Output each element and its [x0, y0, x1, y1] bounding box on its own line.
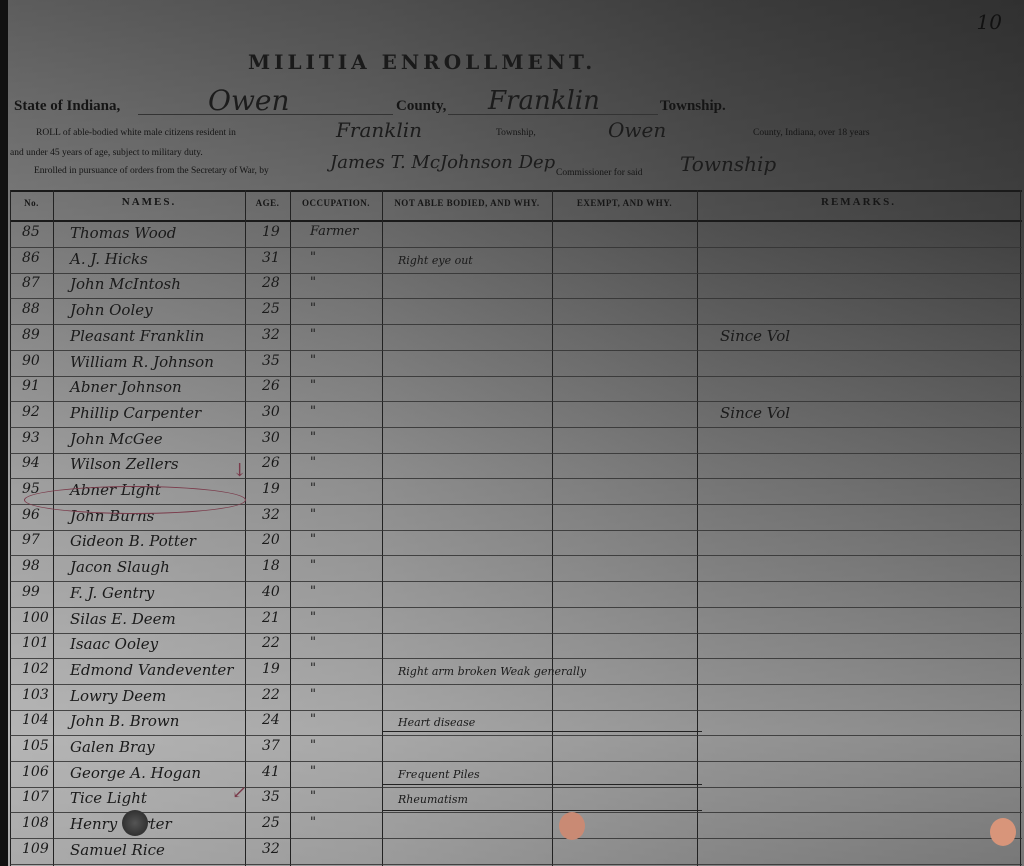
enrollee-occupation: " — [310, 430, 390, 445]
enrollee-name: John McGee — [70, 430, 255, 448]
enrollee-age: 24 — [262, 712, 298, 728]
enrollee-age: 40 — [262, 584, 298, 600]
arrow-annotation-icon: ↙ — [232, 782, 247, 803]
county-value: Owen — [208, 84, 290, 117]
enrollee-occupation: " — [310, 789, 390, 804]
enrollee-age: 35 — [262, 353, 298, 369]
row-number: 91 — [22, 378, 62, 394]
enrollee-occupation: " — [310, 610, 390, 625]
enrollee-age: 19 — [262, 224, 298, 240]
enrollee-occupation: " — [310, 815, 390, 830]
table-row: 109Samuel Rice32 — [10, 839, 1022, 865]
roll-county-label: County, Indiana, over 18 years — [753, 128, 870, 138]
row-number: 107 — [22, 789, 62, 805]
state-label: State of Indiana, — [14, 98, 120, 115]
enrollee-occupation: " — [310, 687, 390, 702]
enrollee-age: 32 — [262, 507, 298, 523]
township-label: Township. — [660, 98, 726, 115]
row-number: 87 — [22, 275, 62, 291]
enrollee-age: 41 — [262, 764, 298, 780]
enrollee-occupation: " — [310, 250, 390, 265]
table-row: 90William R. Johnson35" — [10, 351, 1022, 377]
row-number: 106 — [22, 764, 62, 780]
enrollee-name: Abner Johnson — [70, 378, 255, 396]
enrollee-occupation: " — [310, 481, 390, 496]
enrollee-age: 37 — [262, 738, 298, 754]
enrollee-occupation: " — [310, 507, 390, 522]
enrolled-by-value: James T. McJohnson Dep — [330, 152, 555, 173]
roll-township-value: Franklin — [336, 118, 422, 142]
county-label: County, — [396, 98, 446, 115]
enrollee-occupation: " — [310, 275, 390, 290]
enrollee-age: 28 — [262, 275, 298, 291]
enrollee-name: John McIntosh — [70, 275, 255, 293]
strikeout-line — [382, 784, 702, 785]
arrow-annotation-icon: ↓ — [232, 460, 247, 481]
enrollee-name: Jacon Slaugh — [70, 558, 255, 576]
enrollee-occupation: " — [310, 404, 390, 419]
strikeout-line — [382, 731, 702, 732]
enrollee-name: Phillip Carpenter — [70, 404, 255, 422]
row-number: 89 — [22, 327, 62, 343]
enrollment-sheet: 10 MILITIA ENROLLMENT. State of Indiana,… — [8, 0, 1024, 866]
enrollee-age: 31 — [262, 250, 298, 266]
table-row: 85Thomas Wood19Farmer — [10, 222, 1022, 248]
enrollee-name: John Ooley — [70, 301, 255, 319]
enrollee-occupation: " — [310, 532, 390, 547]
enrollee-name: Samuel Rice — [70, 841, 255, 859]
enrollee-name: George A. Hogan — [70, 764, 255, 782]
punch-hole — [122, 810, 148, 836]
roll-text: ROLL of able-bodied white male citizens … — [36, 128, 236, 138]
enrollee-age: 20 — [262, 532, 298, 548]
row-number: 100 — [22, 610, 62, 626]
red-dot-sticker — [559, 812, 585, 840]
township-value: Franklin — [488, 86, 600, 116]
row-number: 93 — [22, 430, 62, 446]
table-row: 102Edmond Vandeventer19"Right arm broken… — [10, 659, 1022, 685]
enrollee-name: Pleasant Franklin — [70, 327, 255, 345]
col-header-not-able: NOT ABLE BODIED, AND WHY. — [382, 198, 552, 208]
remarks: Since Vol — [720, 327, 1020, 345]
table-row: 104John B. Brown24"Heart disease — [10, 710, 1022, 736]
table-row: 87John McIntosh28" — [10, 273, 1022, 299]
enrollee-age: 19 — [262, 661, 298, 677]
row-number: 104 — [22, 712, 62, 728]
col-header-no: No. — [10, 198, 53, 208]
enrollee-occupation: " — [310, 635, 390, 650]
enrollee-age: 21 — [262, 610, 298, 626]
form-title: MILITIA ENROLLMENT. — [248, 50, 596, 74]
enrollee-age: 19 — [262, 481, 298, 497]
table-row: 91Abner Johnson26" — [10, 376, 1022, 402]
table-row: 86A. J. Hicks31"Right eye out — [10, 248, 1022, 274]
enrollee-age: 32 — [262, 841, 298, 857]
table-row: 97Gideon B. Potter20" — [10, 530, 1022, 556]
row-rule — [10, 864, 1022, 865]
circle-annotation — [24, 486, 246, 514]
row-number: 103 — [22, 687, 62, 703]
row-number: 88 — [22, 301, 62, 317]
roll-township-label: Township, — [496, 128, 536, 138]
table-row: 101Isaac Ooley22" — [10, 633, 1022, 659]
table-row: 98Jacon Slaugh18" — [10, 556, 1022, 582]
table-row: 100Silas E. Deem21" — [10, 608, 1022, 634]
not-able-bodied-reason: Right eye out — [398, 254, 698, 267]
table-row: 93John McGee30" — [10, 428, 1022, 454]
col-header-remarks: REMARKS. — [697, 196, 1020, 208]
enrollee-age: 35 — [262, 789, 298, 805]
enrollee-occupation: " — [310, 301, 390, 316]
row-number: 92 — [22, 404, 62, 420]
enrollee-occupation: " — [310, 584, 390, 599]
row-number: 108 — [22, 815, 62, 831]
col-header-exempt: EXEMPT, AND WHY. — [552, 198, 697, 208]
enrollee-age: 26 — [262, 455, 298, 471]
enrollee-age: 26 — [262, 378, 298, 394]
enrollee-name: Galen Bray — [70, 738, 255, 756]
col-header-occupation: OCCUPATION. — [290, 198, 382, 208]
enrollee-name: Isaac Ooley — [70, 635, 255, 653]
enrollee-age: 25 — [262, 815, 298, 831]
age-range-text: and under 45 years of age, subject to mi… — [10, 148, 203, 158]
row-number: 94 — [22, 455, 62, 471]
not-able-bodied-reason: Rheumatism — [398, 793, 698, 806]
commissioner-value: Township — [680, 152, 776, 176]
enrollee-name: John B. Brown — [70, 712, 255, 730]
row-number: 105 — [22, 738, 62, 754]
scan-left-edge — [0, 0, 8, 866]
enrollee-name: F. J. Gentry — [70, 584, 255, 602]
commissioner-label: Commissioner for said — [556, 168, 643, 178]
remarks: Since Vol — [720, 404, 1020, 422]
enrollee-occupation: " — [310, 712, 390, 727]
table-row: 92Phillip Carpenter30"Since Vol — [10, 402, 1022, 428]
page-number: 10 — [977, 10, 1002, 34]
enrollment-table: No. NAMES. AGE. OCCUPATION. NOT ABLE BOD… — [10, 190, 1022, 866]
table-row: 108Henry Carter25" — [10, 813, 1022, 839]
enrollee-name: Wilson Zellers — [70, 455, 255, 473]
row-number: 99 — [22, 584, 62, 600]
row-number: 86 — [22, 250, 62, 266]
row-number: 98 — [22, 558, 62, 574]
enrollee-age: 18 — [262, 558, 298, 574]
enrollee-occupation: " — [310, 558, 390, 573]
row-number: 90 — [22, 353, 62, 369]
not-able-bodied-reason: Heart disease — [398, 716, 698, 729]
table-row: 103Lowry Deem22" — [10, 685, 1022, 711]
row-number: 85 — [22, 224, 62, 240]
enrolled-text: Enrolled in pursuance of orders from the… — [34, 166, 269, 176]
enrollee-name: Silas E. Deem — [70, 610, 255, 628]
row-number: 109 — [22, 841, 62, 857]
row-number: 97 — [22, 532, 62, 548]
enrollee-occupation: " — [310, 661, 390, 676]
enrollee-name: Lowry Deem — [70, 687, 255, 705]
strikeout-line — [382, 810, 702, 811]
row-number: 102 — [22, 661, 62, 677]
enrollee-age: 32 — [262, 327, 298, 343]
enrollee-name: Tice Light — [70, 789, 255, 807]
enrollee-occupation: " — [310, 455, 390, 470]
table-row: 89Pleasant Franklin32"Since Vol — [10, 325, 1022, 351]
enrollee-occupation: " — [310, 327, 390, 342]
roll-county-value: Owen — [608, 118, 666, 142]
enrollee-occupation: " — [310, 764, 390, 779]
enrollee-occupation: " — [310, 378, 390, 393]
table-row: 94Wilson Zellers26" — [10, 453, 1022, 479]
header-top-rule — [10, 190, 1022, 192]
enrollee-name: Thomas Wood — [70, 224, 255, 242]
enrollee-age: 25 — [262, 301, 298, 317]
table-row: 105Galen Bray37" — [10, 736, 1022, 762]
enrollee-age: 30 — [262, 430, 298, 446]
not-able-bodied-reason: Frequent Piles — [398, 768, 698, 781]
enrollee-name: A. J. Hicks — [70, 250, 255, 268]
col-header-age: AGE. — [245, 198, 290, 208]
enrollee-age: 22 — [262, 687, 298, 703]
not-able-bodied-reason: Right arm broken Weak generally — [398, 665, 698, 678]
enrollee-occupation: " — [310, 738, 390, 753]
enrollee-name: William R. Johnson — [70, 353, 255, 371]
enrollee-name: Edmond Vandeventer — [70, 661, 255, 679]
enrollee-occupation: Farmer — [310, 224, 390, 239]
enrollee-age: 30 — [262, 404, 298, 420]
enrollee-name: Henry Carter — [70, 815, 255, 833]
col-header-names: NAMES. — [53, 196, 245, 208]
table-row: 88John Ooley25" — [10, 299, 1022, 325]
row-number: 101 — [22, 635, 62, 651]
enrollee-occupation: " — [310, 353, 390, 368]
enrollee-name: Gideon B. Potter — [70, 532, 255, 550]
enrollee-age: 22 — [262, 635, 298, 651]
table-row: 99F. J. Gentry40" — [10, 582, 1022, 608]
red-dot-sticker — [990, 818, 1016, 846]
